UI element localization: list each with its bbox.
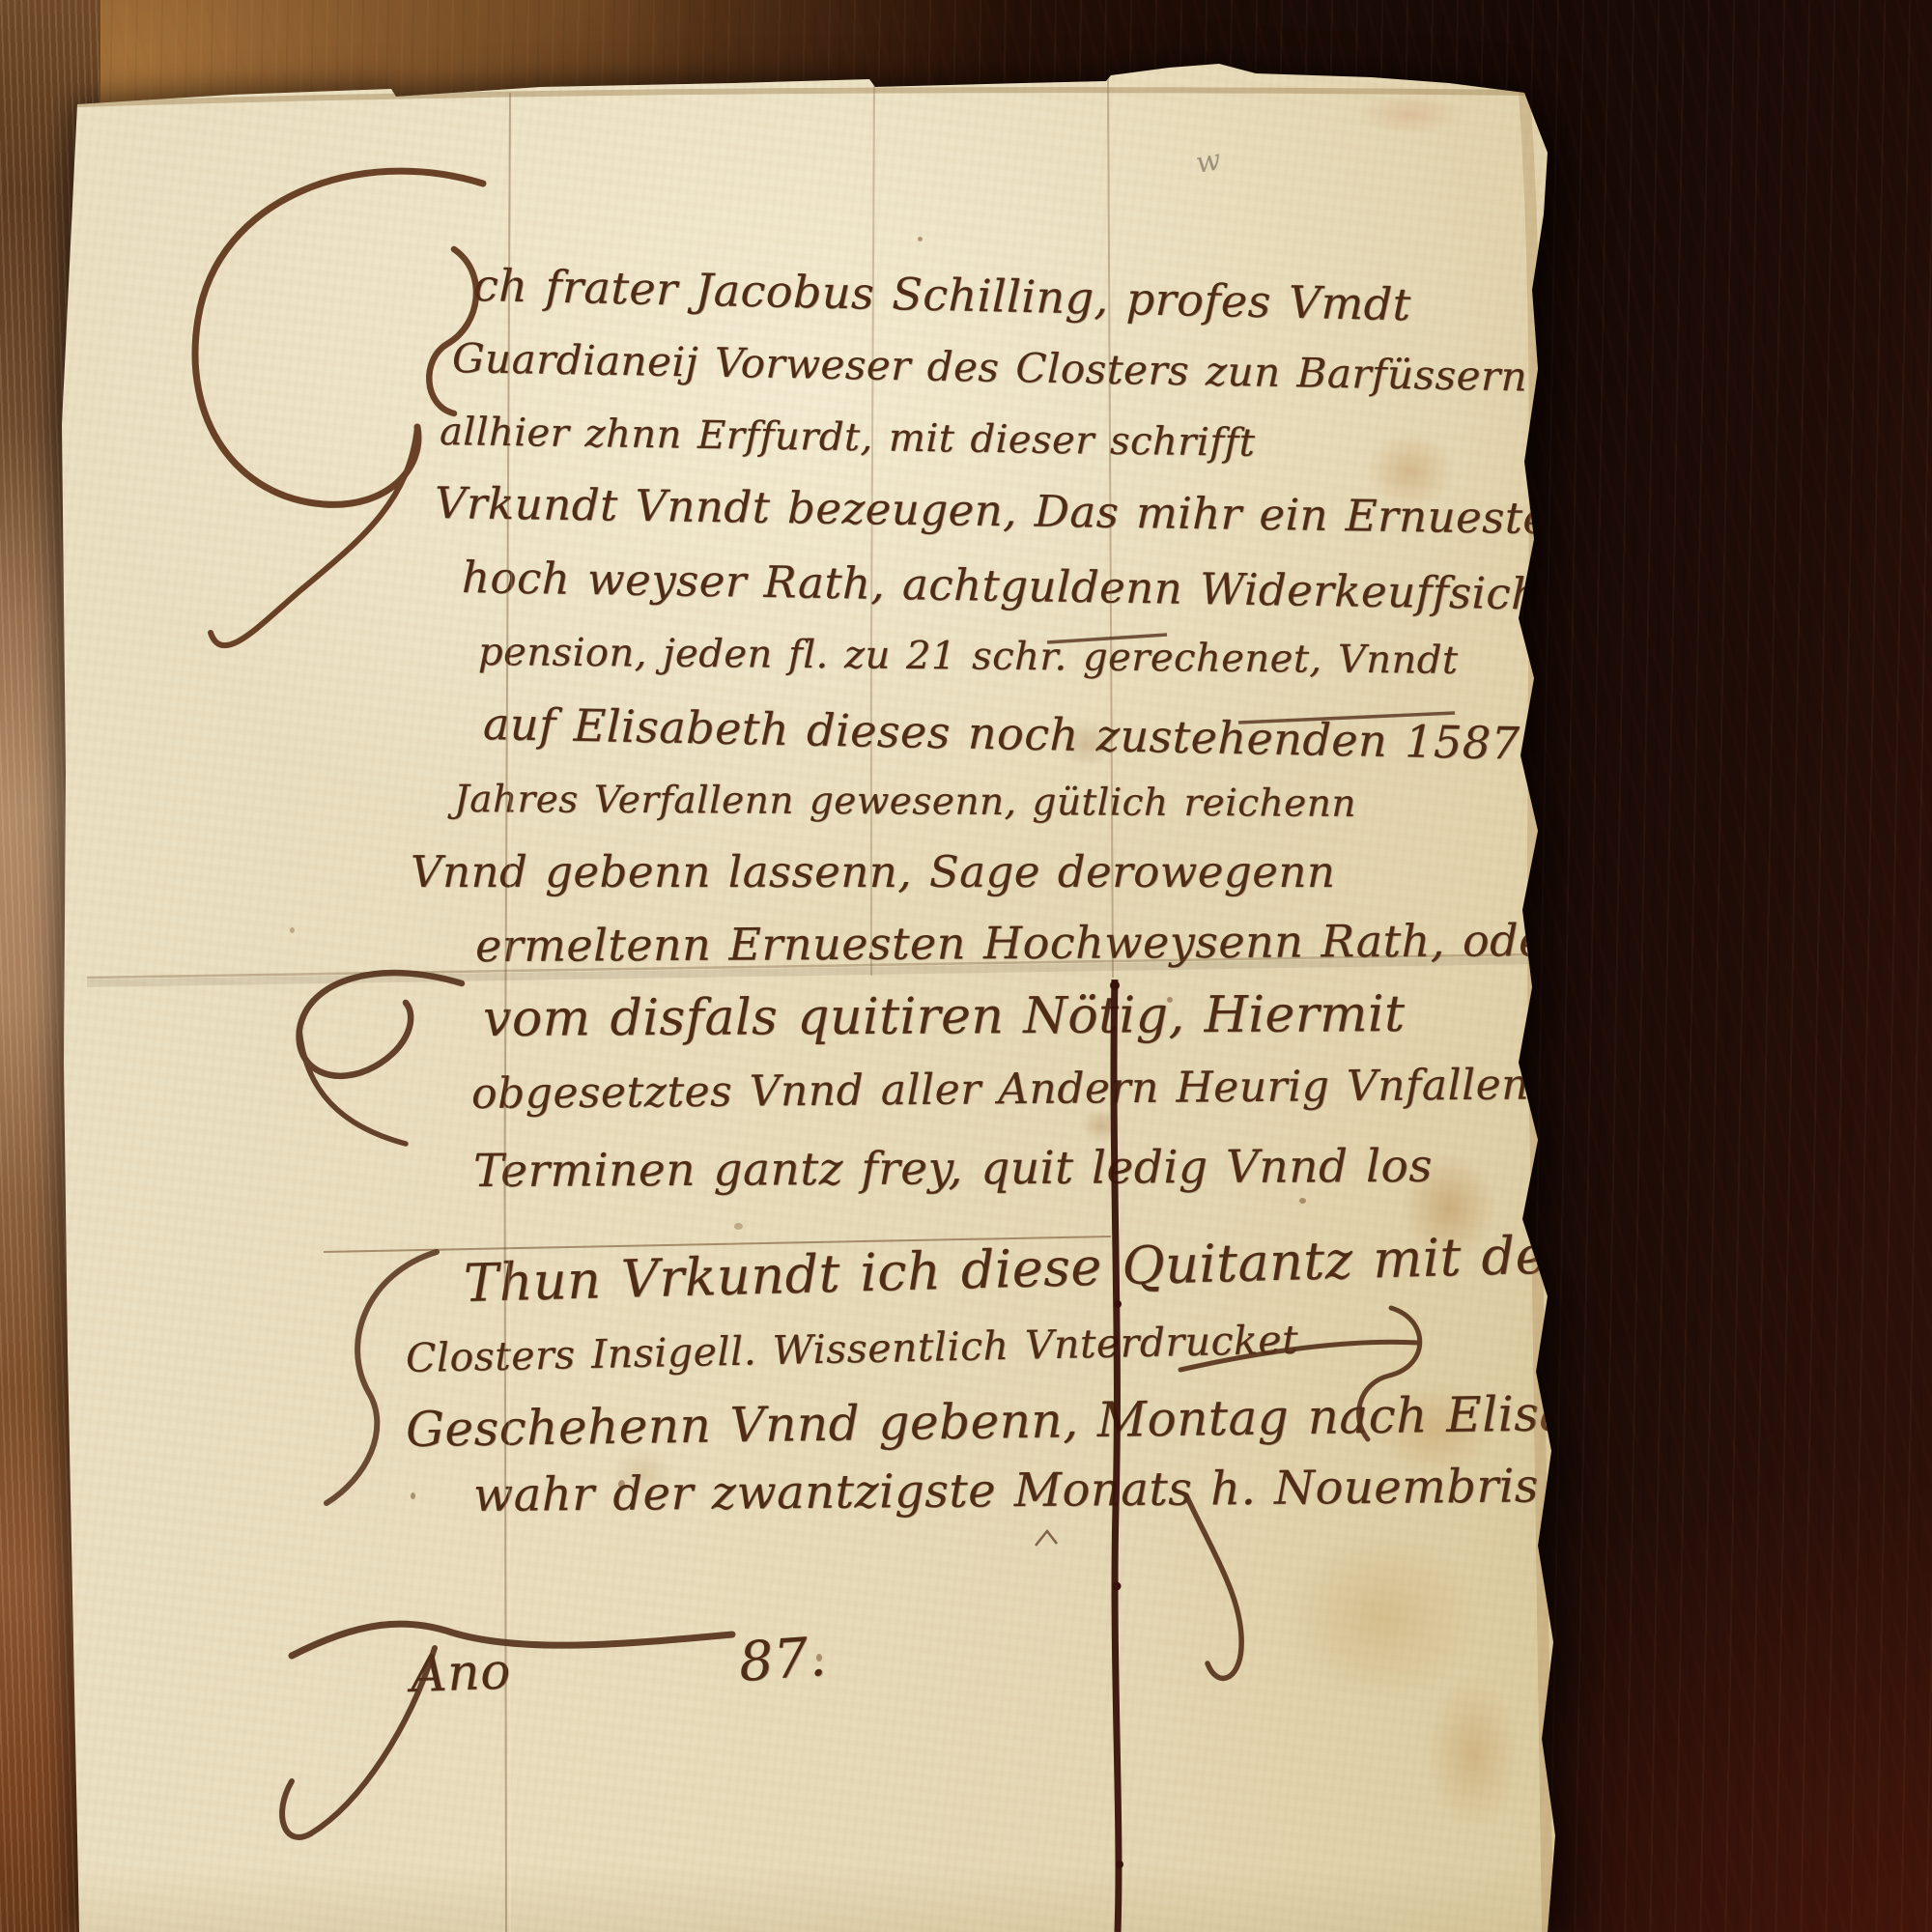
- anno-year: 87.: [737, 1631, 828, 1690]
- manuscript-line: ch frater Jacobus Schilling, profes Vmdt: [473, 263, 1412, 327]
- fox-spot: [411, 1492, 415, 1499]
- initial-I-flourish: [195, 171, 483, 645]
- manuscript-line: pension, jeden fl. zu 21 schr. gerechene…: [478, 633, 1459, 680]
- top-edge-shade: [77, 90, 1524, 104]
- fox-spot: [734, 1223, 743, 1230]
- manuscript-line: vom disfals quitiren Nötig, Hiermit: [483, 989, 1406, 1044]
- manuscript-line: auf Elisabeth dieses noch zustehenden 15…: [483, 701, 1535, 766]
- ink-fold-line: [1110, 980, 1123, 1932]
- manuscript-line: Jahres Verfallenn gewesenn, gütlich reic…: [454, 781, 1356, 823]
- fox-spot: [1299, 1198, 1306, 1204]
- manuscript-paper: ch frater Jacobus Schilling, profes Vmdt…: [0, 0, 1932, 1932]
- manuscript-line: Thun Vrkundt ich diese Quitantz mit des: [463, 1229, 1575, 1310]
- v-swash-flourish: [299, 973, 462, 1144]
- fox-spot: [290, 927, 295, 933]
- manuscript-line: allhier zhnn Erffurdt, mit dieser schrif…: [440, 412, 1256, 463]
- manuscript-line: hoch weyser Rath, achtguldenn Widerkeuff…: [462, 555, 1587, 616]
- manuscript-line: Closters Insigell. Wissentlich Vnterdruc…: [406, 1321, 1299, 1378]
- h-descender-flourish: [1186, 1495, 1241, 1678]
- manuscript-line: obgesetztes Vnnd aller Andern Heurig Vnf…: [471, 1064, 1557, 1116]
- fox-spot: [918, 237, 923, 241]
- manuscript-line: wahr der zwantzigste Monats h. Nouembris: [473, 1463, 1539, 1519]
- manuscript-line: Terminen gantz frey, quit ledig Vnnd los: [473, 1144, 1433, 1194]
- manuscript-line: Geschehenn Vnnd gebenn, Montag nach Elis…: [406, 1388, 1681, 1454]
- anno-label: Ano: [410, 1646, 512, 1700]
- manuscript-line: Vnnd gebenn lassenn, Sage derowegenn: [411, 850, 1335, 894]
- manuscript-line: ermeltenn Ernuesten Hochweysenn Rath, od…: [475, 918, 1567, 968]
- photo-scene: ch frater Jacobus Schilling, profes Vmdt…: [0, 0, 1932, 1932]
- manuscript-line: Vrkundt Vnndt bezeugen, Das mihr ein Ern…: [435, 481, 1571, 540]
- paper-sheet-wrap: ch frater Jacobus Schilling, profes Vmdt…: [0, 0, 1932, 1932]
- manuscript-line: Guardianeij Vorweser des Closters zun Ba…: [452, 338, 1528, 397]
- stain: [1333, 85, 1488, 143]
- pencil-mark: w: [1193, 143, 1223, 181]
- stain: [1406, 1642, 1541, 1864]
- right-torn-edge-shade: [1524, 93, 1548, 1932]
- caret-mark: [1036, 1531, 1057, 1546]
- stain: [1246, 1497, 1517, 1739]
